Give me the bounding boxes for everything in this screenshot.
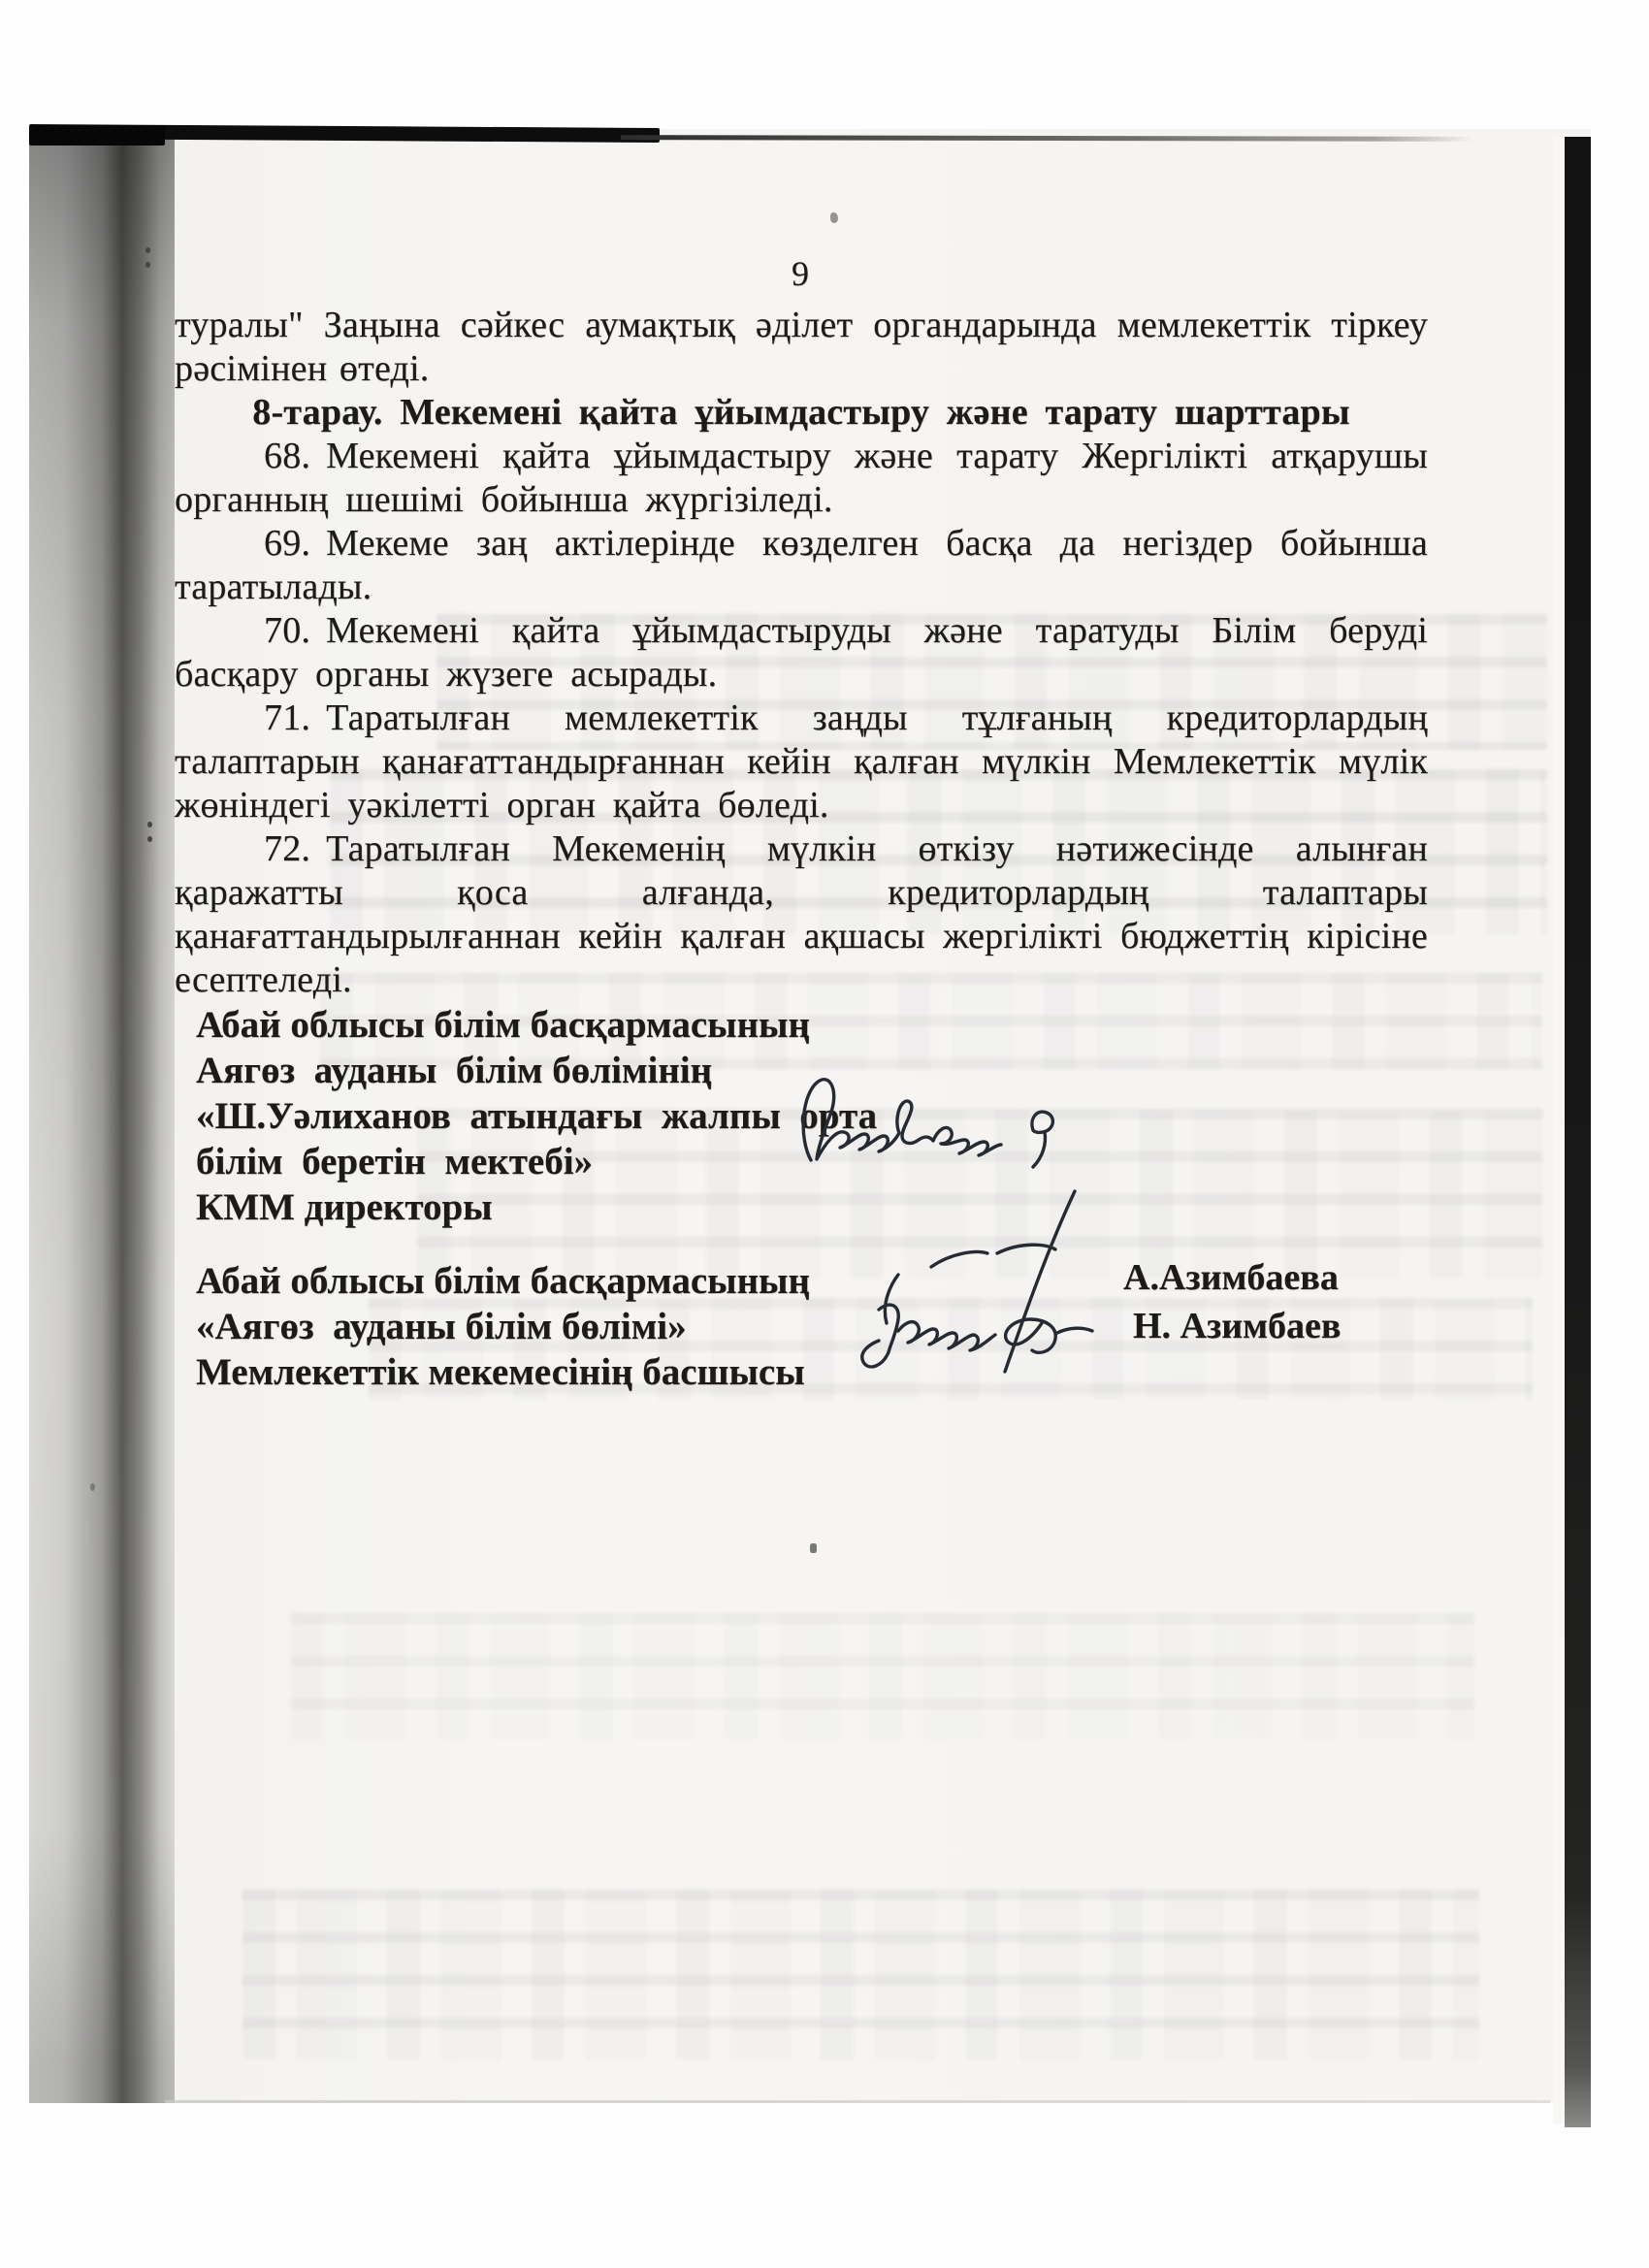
clause-number: 69.: [264, 523, 310, 564]
clause-text: Мекеме заң актілерінде көзделген басқа д…: [175, 523, 1428, 607]
clause-number: 70.: [264, 610, 310, 651]
chapter-heading: 8-тарау. Мекемені қайта ұйымдастыру және…: [175, 391, 1428, 435]
signature-line: Абай облысы білім басқармасының: [196, 1002, 877, 1048]
scan-page: 9 туралы" Заңына сәйкес аумақтық әділет …: [29, 129, 1591, 2103]
clause-text: Таратылған мемлекеттік заңды тұлғаның кр…: [175, 697, 1428, 826]
signature-line: КММ директоры: [196, 1184, 877, 1230]
clause-70: 70.Мекемені қайта ұйымдастыруды және тар…: [175, 609, 1428, 697]
paragraph-continuation: туралы" Заңына сәйкес аумақтық әділет ор…: [175, 304, 1428, 391]
scan-speck: [810, 1543, 817, 1553]
scanned-document: 9 туралы" Заңына сәйкес аумақтық әділет …: [0, 0, 1649, 2268]
scan-speck: [147, 822, 152, 827]
signature-line: «Ш.Уәлиханов атындағы жалпы орта: [196, 1093, 877, 1139]
signature-block-director: Абай облысы білім басқармасының Аягөз ау…: [196, 1002, 877, 1230]
page-number: 9: [175, 253, 1426, 294]
bleed-through: [291, 1613, 1474, 1739]
clause-69: 69.Мекеме заң актілерінде көзделген басқ…: [175, 522, 1428, 609]
signature-line: Абай облысы білім басқармасының: [196, 1258, 810, 1304]
page-right-highlight: [1553, 137, 1565, 2123]
scan-top-edge-corner: [29, 125, 165, 146]
handwritten-signature-head: [842, 1185, 1162, 1375]
clause-text: Мекемені қайта ұйымдастыруды және тарату…: [175, 610, 1428, 695]
clause-number: 72.: [264, 828, 310, 869]
book-spine-shadow: [29, 129, 175, 2103]
scan-right-edge: [1565, 137, 1591, 2127]
signature-line: Аягөз ауданы білім бөлімінің: [196, 1048, 877, 1093]
clause-68: 68.Мекемені қайта ұйымдастыру және тарат…: [175, 435, 1428, 522]
body-text: туралы" Заңына сәйкес аумақтық әділет ор…: [175, 304, 1428, 1002]
signatory-name-head: Н. Азимбаев: [1133, 1305, 1341, 1347]
clause-number: 68.: [264, 436, 310, 476]
scan-speck: [830, 212, 838, 223]
scan-speck: [90, 1483, 95, 1491]
clause-text: Таратылған Мекеменің мүлкін өткізу нәтиж…: [175, 828, 1428, 1000]
bleed-through: [242, 1890, 1479, 2059]
page-bottom-edge: [165, 2100, 1550, 2103]
scan-speck: [145, 247, 150, 253]
clause-number: 71.: [264, 697, 310, 738]
clause-71: 71.Таратылған мемлекеттік заңды тұлғаның…: [175, 697, 1428, 827]
scan-top-edge-thin: [621, 135, 1474, 142]
clause-72: 72.Таратылған Мекеменің мүлкін өткізу нә…: [175, 827, 1428, 1002]
signature-line: білім беретін мектебі»: [196, 1139, 877, 1184]
signature-line: Мемлекеттік мекемесінің басшысы: [196, 1349, 810, 1395]
signature-line: «Аягөз ауданы білім бөлімі»: [196, 1304, 810, 1349]
signature-block-head: Абай облысы білім басқармасының «Аягөз а…: [196, 1258, 810, 1395]
scan-speck: [147, 836, 152, 842]
handwritten-signature-director: [793, 1063, 1084, 1180]
clause-text: Мекемені қайта ұйымдастыру және тарату Ж…: [175, 436, 1428, 520]
scan-speck: [145, 262, 150, 268]
